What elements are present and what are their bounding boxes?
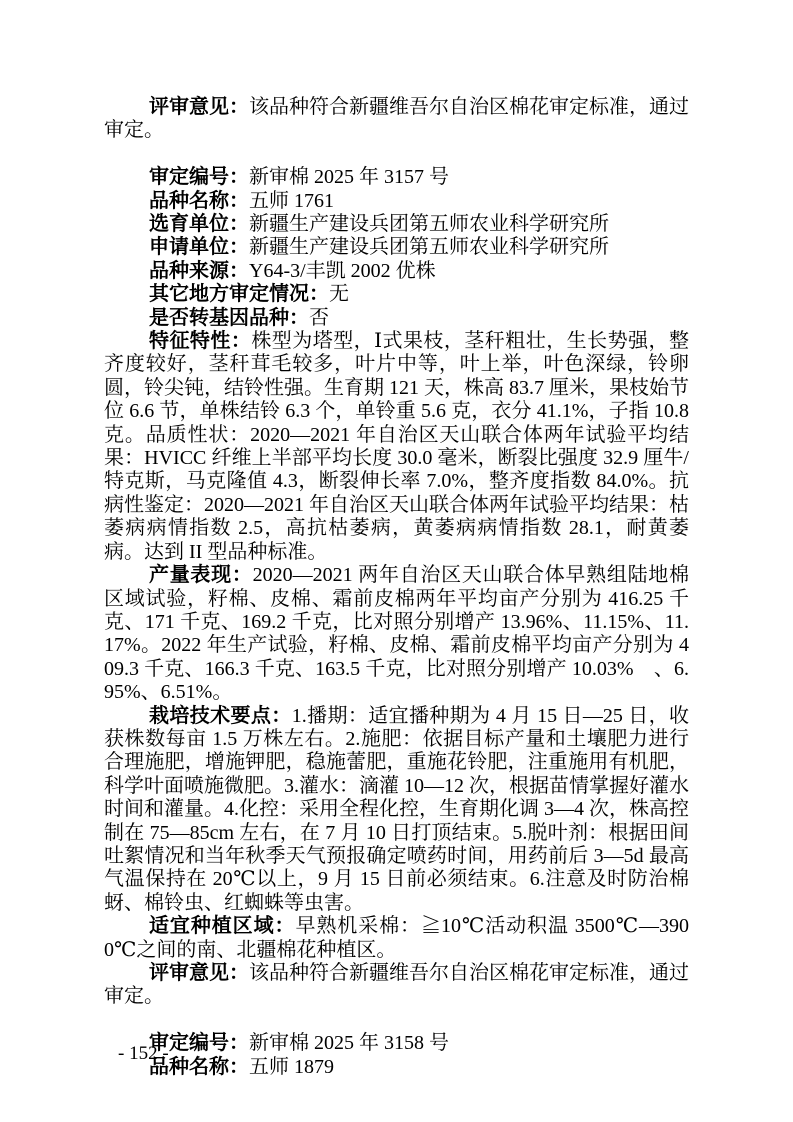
cultivation-techniques-paragraph: 栽培技术要点：1.播期：适宜播种期为 4 月 15 日—25 日，收获株数每亩 … (104, 705, 689, 916)
suitable-planting-area-label: 适宜种植区域： (149, 915, 295, 937)
review-opinion-paragraph-3157: 评审意见：该品种符合新疆维吾尔自治区棉花审定标准，通过审定。 (104, 962, 689, 1009)
yield-performance-paragraph: 产量表现：2020—2021 两年自治区天山联合体早熟组陆地棉区域试验，籽棉、皮… (104, 564, 689, 704)
variety-name-value: 五师 1761 (249, 190, 334, 212)
document-page: 评审意见：该品种符合新疆维吾尔自治区棉花审定标准，通过审定。 审定编号：新审棉 … (0, 0, 793, 1122)
certification-number-value: 新审棉 2025 年 3157 号 (249, 166, 449, 188)
breeding-unit-label: 选育单位： (149, 213, 249, 235)
field-certification-number-3158: 审定编号：新审棉 2025 年 3158 号 (104, 1032, 689, 1055)
field-gmo-status: 是否转基因品种：否 (104, 307, 689, 330)
certification-number-label: 审定编号： (149, 166, 249, 188)
variety-origin-label: 品种来源： (149, 260, 249, 282)
variety-name-label: 品种名称： (149, 190, 249, 212)
characteristics-label: 特征特性： (149, 330, 251, 352)
variety-origin-value: Y64-3/丰凯 2002 优株 (249, 260, 436, 282)
field-certification-number-3157: 审定编号：新审棉 2025 年 3157 号 (104, 166, 689, 189)
field-variety-name-1879: 品种名称：五师 1879 (104, 1056, 689, 1079)
breeding-unit-value: 新疆生产建设兵团第五师农业科学研究所 (249, 213, 609, 235)
blank-line (104, 143, 689, 166)
other-region-approval-label: 其它地方审定情况： (149, 283, 329, 305)
page-number: - 152 - (118, 1044, 169, 1064)
applicant-unit-value: 新疆生产建设兵团第五师农业科学研究所 (249, 236, 609, 258)
gmo-status-value: 否 (309, 307, 329, 329)
review-opinion-label: 评审意见： (149, 962, 249, 984)
field-other-region-approval: 其它地方审定情况：无 (104, 283, 689, 306)
other-region-approval-value: 无 (329, 283, 349, 305)
applicant-unit-label: 申请单位： (149, 236, 249, 258)
review-opinion-label: 评审意见： (149, 96, 249, 118)
certification-number-value: 新审棉 2025 年 3158 号 (249, 1032, 449, 1054)
field-variety-name-1761: 品种名称：五师 1761 (104, 190, 689, 213)
blank-line (104, 1009, 689, 1032)
cultivation-techniques-label: 栽培技术要点： (149, 705, 292, 727)
variety-name-value: 五师 1879 (249, 1056, 334, 1078)
gmo-status-label: 是否转基因品种： (149, 307, 309, 329)
field-variety-origin: 品种来源：Y64-3/丰凯 2002 优株 (104, 260, 689, 283)
cultivation-techniques-text: 1.播期：适宜播种期为 4 月 15 日—25 日，收获株数每亩 1.5 万株左… (104, 705, 689, 914)
field-breeding-unit: 选育单位：新疆生产建设兵团第五师农业科学研究所 (104, 213, 689, 236)
characteristics-text: 株型为塔型，Ⅰ式果枝，茎秆粗壮，生长势强，整齐度较好，茎秆茸毛较多，叶片中等，叶… (104, 330, 689, 563)
characteristics-paragraph: 特征特性：株型为塔型，Ⅰ式果枝，茎秆粗壮，生长势强，整齐度较好，茎秆茸毛较多，叶… (104, 330, 689, 564)
document-body: 评审意见：该品种符合新疆维吾尔自治区棉花审定标准，通过审定。 审定编号：新审棉 … (104, 96, 689, 1079)
field-applicant-unit: 申请单位：新疆生产建设兵团第五师农业科学研究所 (104, 236, 689, 259)
yield-performance-label: 产量表现： (149, 564, 253, 586)
review-opinion-paragraph-3156: 评审意见：该品种符合新疆维吾尔自治区棉花审定标准，通过审定。 (104, 96, 689, 143)
suitable-planting-area-paragraph: 适宜种植区域：早熟机采棉：≧10℃活动积温 3500℃—3900℃之间的南、北疆… (104, 915, 689, 962)
